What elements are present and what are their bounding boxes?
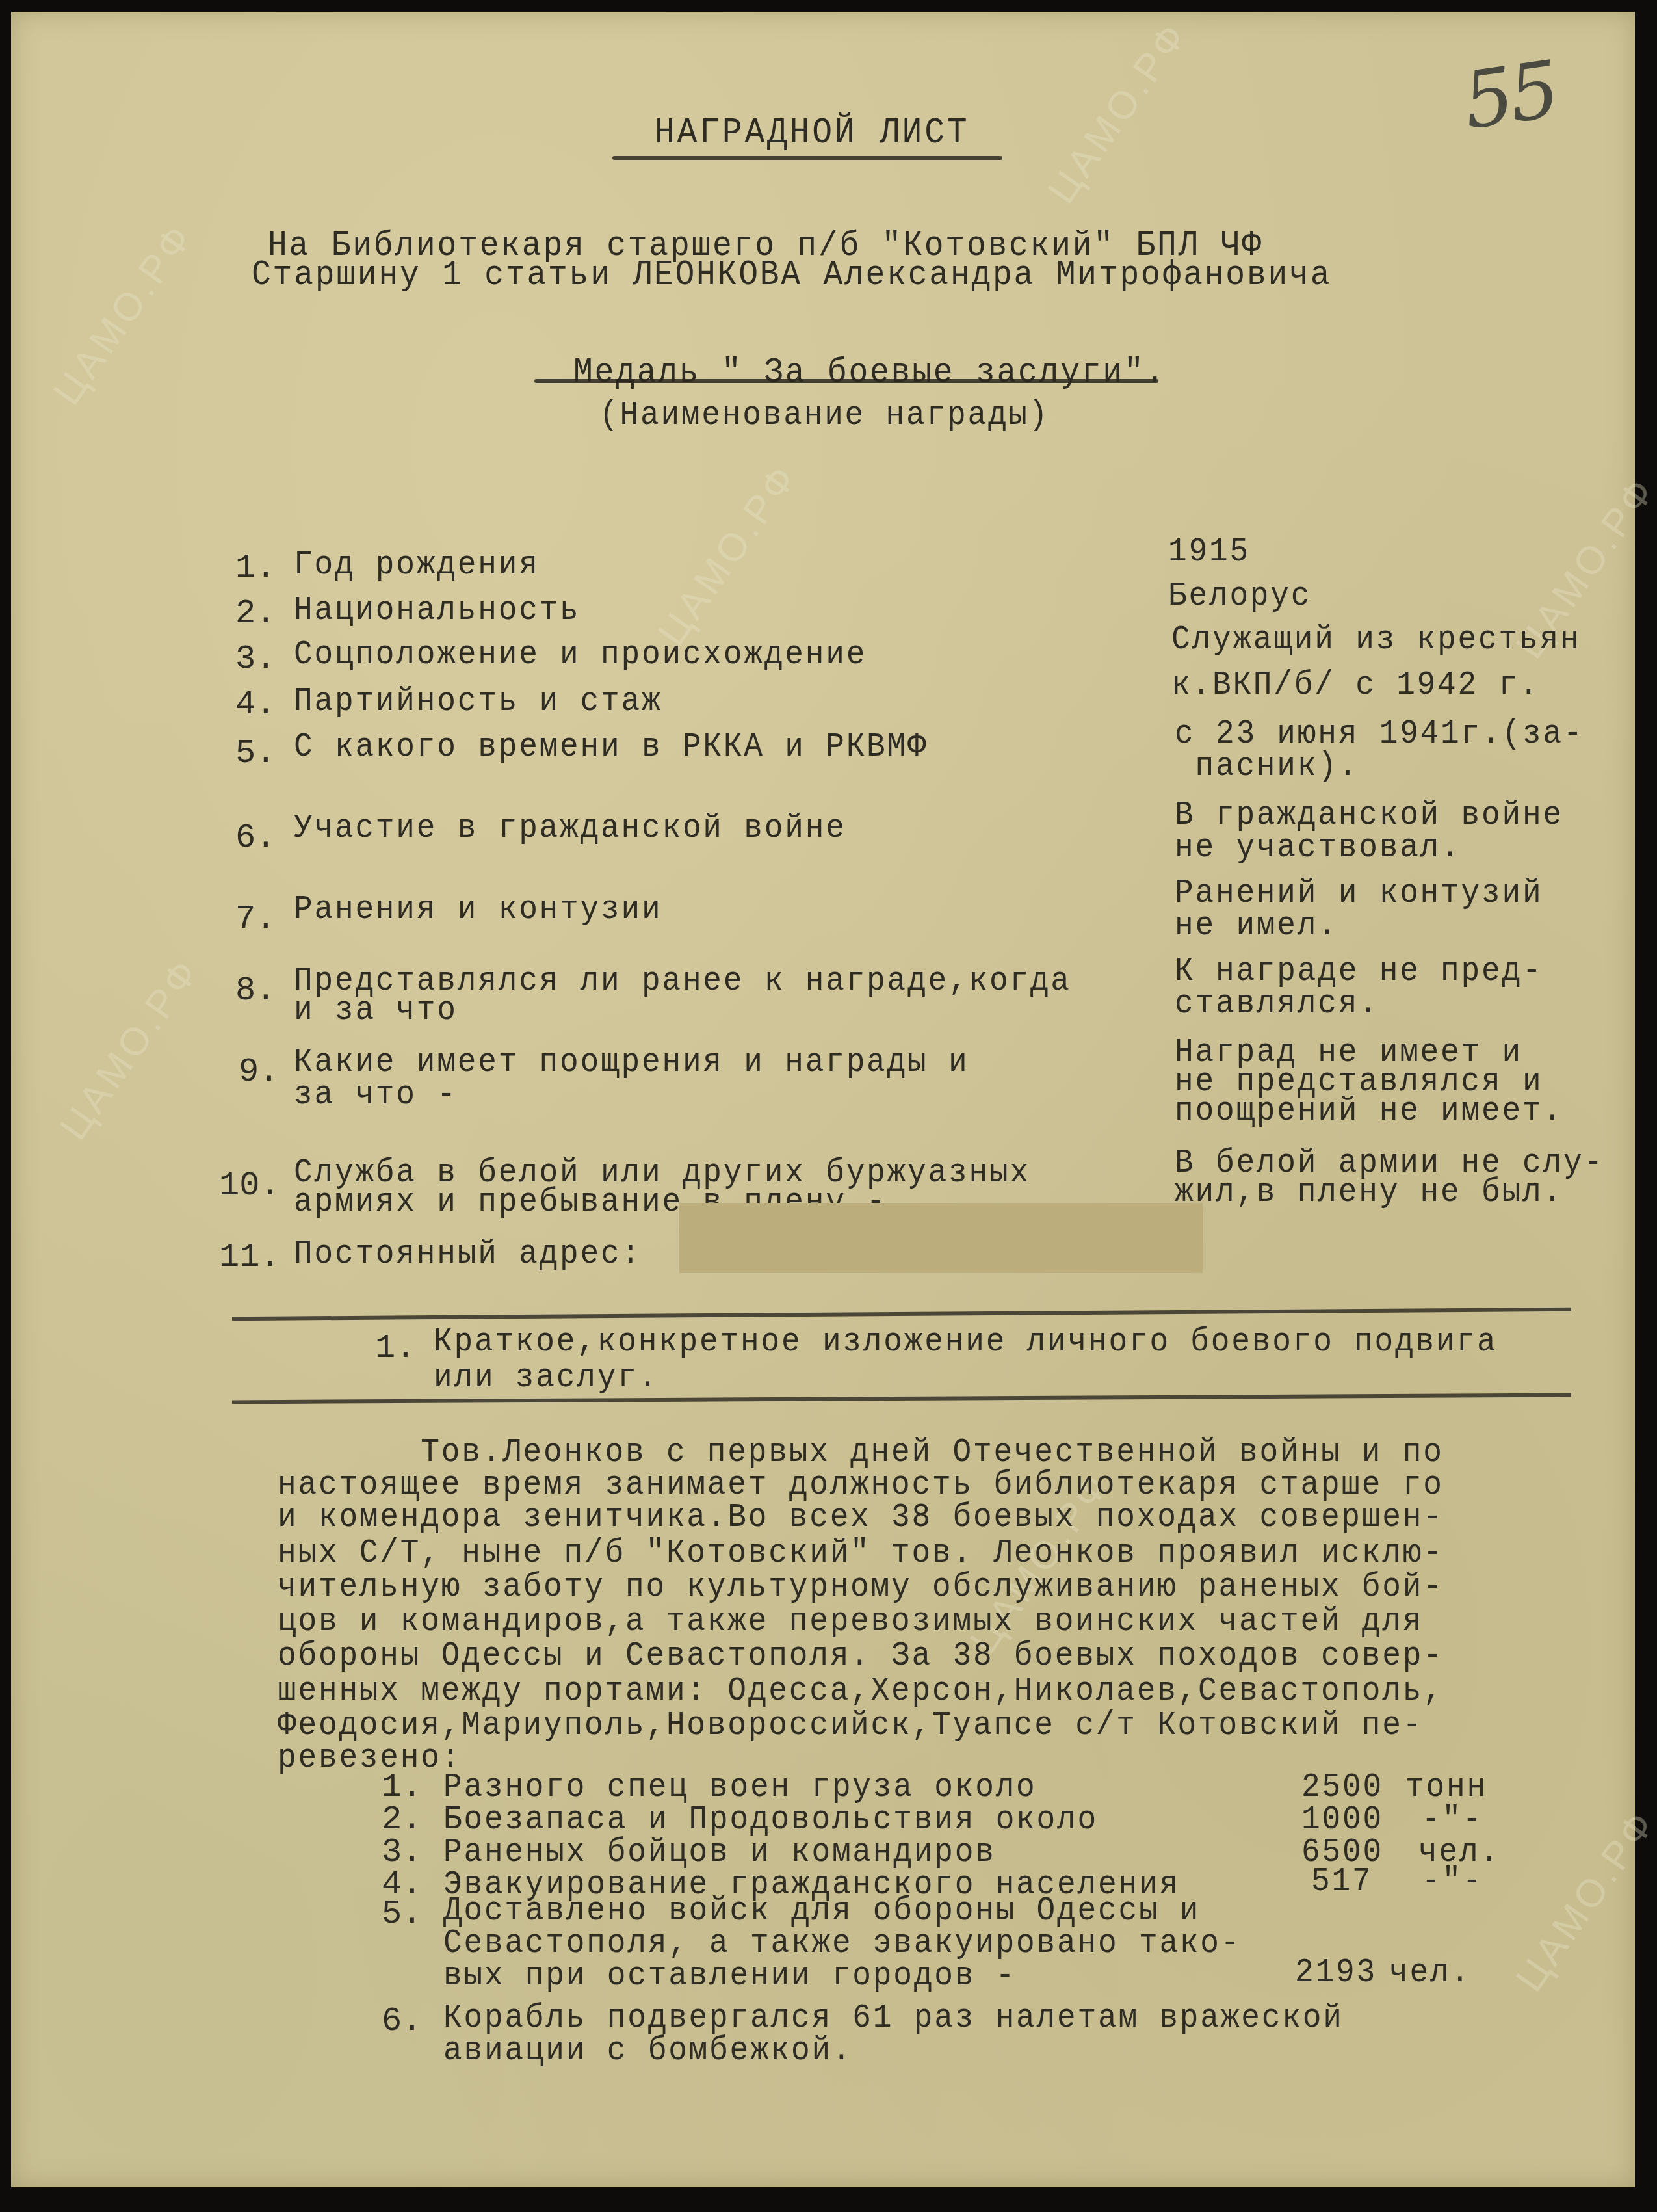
answer-value: к.ВКП/б/ с 1942 г. (1171, 665, 1539, 705)
watermark: ЦАМО.РФ (1039, 13, 1197, 212)
award-underline (534, 379, 1158, 383)
answer-value: Белорус (1168, 576, 1311, 616)
question-number: 4. (235, 685, 276, 725)
question-label: Соцположение и происхождение (294, 635, 867, 675)
watermark: ЦАМО.РФ (649, 455, 807, 654)
section-heading: или заслуг. (434, 1358, 659, 1398)
section-rule-bottom (232, 1393, 1571, 1404)
list-number: 5. (382, 1894, 422, 1934)
question-number: 2. (235, 594, 276, 634)
title-underline (612, 156, 1002, 160)
award-caption: (Наименование награды) (599, 395, 1049, 436)
narrative-line: ревезено: (278, 1738, 462, 1778)
list-number: 6. (382, 2001, 422, 2042)
list-unit: чел. (1389, 1953, 1471, 1993)
question-number: 11. (219, 1237, 280, 1278)
question-label: Участие в гражданской войне (294, 808, 846, 849)
list-text: авиации с бомбежкой. (443, 2031, 852, 2071)
question-number: 1. (235, 548, 276, 588)
page-number: 55 (1458, 45, 1561, 147)
question-number: 3. (235, 639, 276, 679)
list-qty: 2193 (1295, 1953, 1377, 1993)
watermark: ЦАМО.РФ (1507, 1801, 1657, 2000)
question-label: С какого времени в РККА и РКВМФ (294, 727, 928, 767)
answer-value: не участвовал. (1175, 828, 1461, 868)
question-label: за что - (294, 1075, 458, 1115)
question-label: Постоянный адрес: (294, 1234, 642, 1274)
question-label: Год рождения (294, 545, 540, 585)
section-number: 1. (375, 1328, 415, 1369)
question-number: 5. (235, 733, 276, 774)
section-rule-top (232, 1308, 1571, 1321)
question-number: 7. (235, 899, 276, 940)
narrative-line: обороны Одессы и Севастополя. За 38 боев… (278, 1636, 1444, 1676)
answer-value: ставлялся. (1175, 984, 1379, 1024)
nominee-line-2: Старшину 1 статьи ЛЕОНКОВА Александра Ми… (252, 256, 1331, 296)
section-heading: Краткое,конкретное изложение личного бое… (434, 1322, 1497, 1362)
narrative-line: и комендора зенитчика.Во всех 38 боевых … (278, 1497, 1444, 1538)
question-number: 10. (219, 1166, 280, 1206)
question-label: Национальность (294, 590, 581, 631)
award-sheet-page: ЦАМО.РФ ЦАМО.РФ ЦАМО.РФ ЦАМО.РФ ЦАМО.РФ … (11, 12, 1635, 2187)
redacted-address (679, 1203, 1203, 1273)
question-label: Ранения и контузии (294, 889, 662, 930)
answer-value: не имел. (1175, 906, 1338, 946)
question-label: Партийность и стаж (294, 681, 662, 722)
answer-value: Служащий из крестьян (1171, 620, 1580, 660)
document-title: НАГРАДНОЙ ЛИСТ (655, 112, 969, 153)
question-label: и за что (294, 990, 458, 1031)
list-qty: 517 (1311, 1862, 1372, 1902)
question-number: 6. (235, 818, 276, 858)
list-unit: -"- (1422, 1862, 1483, 1902)
award-name: Медаль " За боевые заслуги". (573, 353, 1166, 393)
question-number: 9. (239, 1052, 279, 1092)
answer-value: жил,в плену не был. (1175, 1172, 1563, 1213)
answer-value: 1915 (1168, 532, 1250, 572)
answer-value: поощрений не имеет. (1175, 1091, 1563, 1131)
answer-value: пасник). (1175, 746, 1359, 787)
watermark: ЦАМО.РФ (51, 949, 209, 1148)
question-number: 8. (235, 971, 276, 1011)
watermark: ЦАМО.РФ (44, 215, 202, 414)
list-text: вых при оставлении городов - (443, 1956, 1016, 1996)
